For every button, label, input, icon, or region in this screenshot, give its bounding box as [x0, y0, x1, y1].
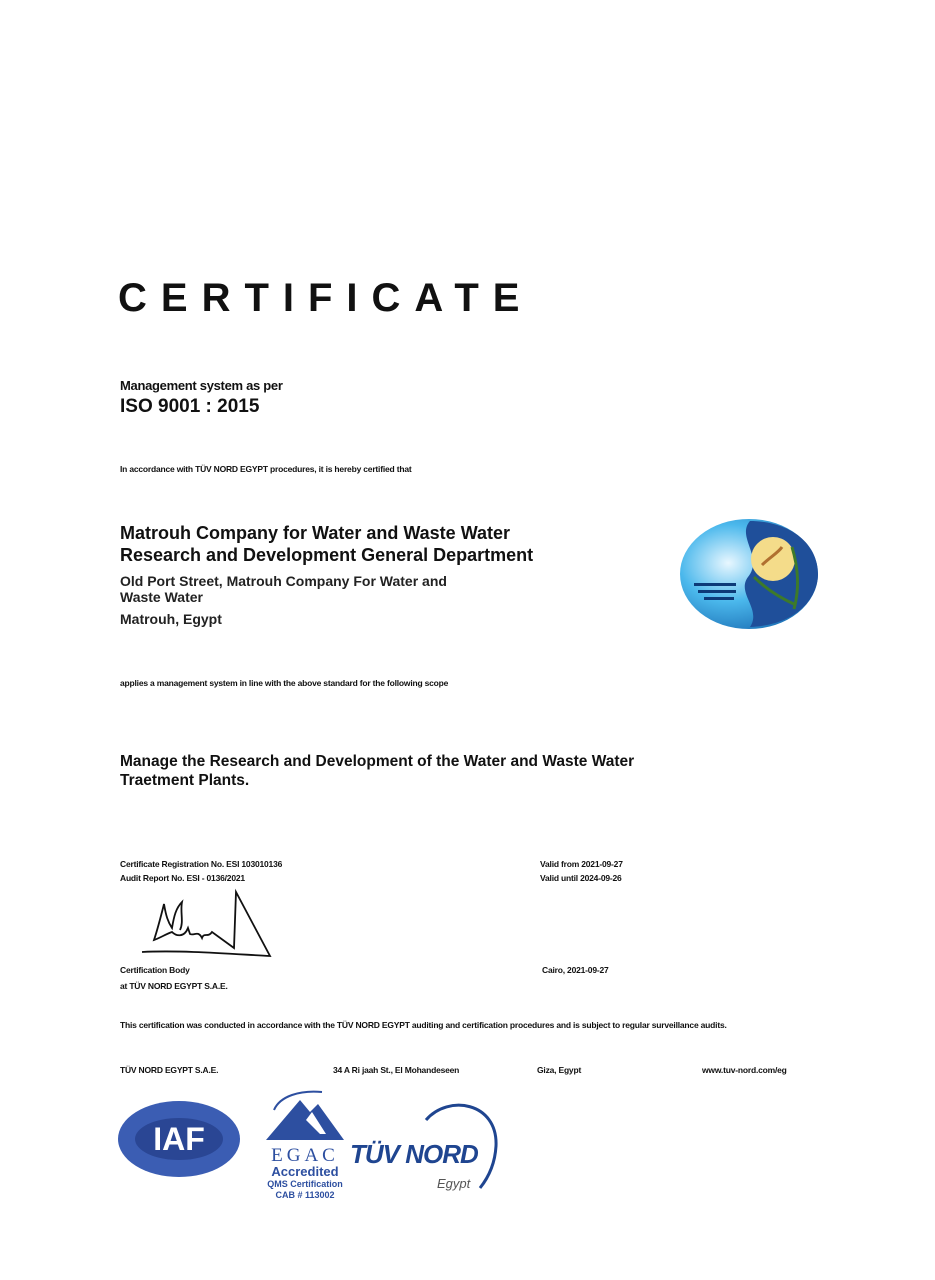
- footer-website: www.tuv-nord.com/eg: [702, 1065, 787, 1075]
- company-name-line2: Research and Development General Departm…: [120, 544, 533, 566]
- certification-body: Certification Body at TÜV NORD EGYPT S.A…: [120, 962, 228, 994]
- company-name-line1: Matrouh Company for Water and Waste Wate…: [120, 522, 533, 544]
- registration-info: Certificate Registration No. ESI 1030101…: [120, 857, 282, 885]
- validity-info: Valid from 2021-09-27 Valid until 2024-0…: [540, 857, 623, 885]
- scope-line1: Manage the Research and Development of t…: [120, 752, 740, 771]
- egac-cab: CAB # 113002: [250, 1190, 360, 1201]
- address-city: Matrouh, Egypt: [120, 611, 447, 627]
- management-system-label: Management system as per: [120, 378, 283, 393]
- audit-report-number: Audit Report No. ESI - 0136/2021: [120, 871, 282, 885]
- company-address: Old Port Street, Matrouh Company For Wat…: [120, 573, 447, 627]
- iso-standard: ISO 9001 : 2015: [120, 396, 259, 418]
- egac-qms: QMS Certification: [250, 1179, 360, 1190]
- egac-accredited: Accredited: [250, 1164, 360, 1179]
- egac-logo: EGAC Accredited QMS Certification CAB # …: [250, 1090, 360, 1201]
- certification-scope: Manage the Research and Development of t…: [120, 752, 740, 790]
- valid-from: Valid from 2021-09-27: [540, 857, 623, 871]
- company-name: Matrouh Company for Water and Waste Wate…: [120, 522, 533, 566]
- company-logo: [678, 517, 820, 636]
- address-line2: Waste Water: [120, 589, 447, 605]
- certificate-title: CERTIFICATE: [118, 276, 533, 321]
- tuv-nord-logo: TÜV NORD: [350, 1139, 478, 1170]
- accordance-statement: In accordance with TÜV NORD EGYPT proced…: [120, 464, 411, 474]
- egac-mountain-icon: [260, 1090, 350, 1140]
- footer-city: Giza, Egypt: [537, 1065, 581, 1075]
- scope-intro: applies a management system in line with…: [120, 678, 448, 688]
- footer-street: 34 A Ri jaah St., El Mohandeseen: [333, 1065, 459, 1075]
- signature: [132, 888, 282, 963]
- footer-company: TÜV NORD EGYPT S.A.E.: [120, 1065, 218, 1075]
- iaf-logo: IAF: [117, 1100, 241, 1183]
- scope-line2: Traetment Plants.: [120, 771, 740, 790]
- valid-until: Valid until 2024-09-26: [540, 871, 623, 885]
- issue-place-date: Cairo, 2021-09-27: [542, 965, 609, 975]
- tuv-egypt-label: Egypt: [437, 1176, 470, 1191]
- disclaimer: This certification was conducted in acco…: [120, 1018, 830, 1033]
- certification-body-name: at TÜV NORD EGYPT S.A.E.: [120, 978, 228, 994]
- address-line1: Old Port Street, Matrouh Company For Wat…: [120, 573, 447, 589]
- certification-body-label: Certification Body: [120, 962, 228, 978]
- registration-number: Certificate Registration No. ESI 1030101…: [120, 857, 282, 871]
- iaf-text: IAF: [153, 1121, 205, 1157]
